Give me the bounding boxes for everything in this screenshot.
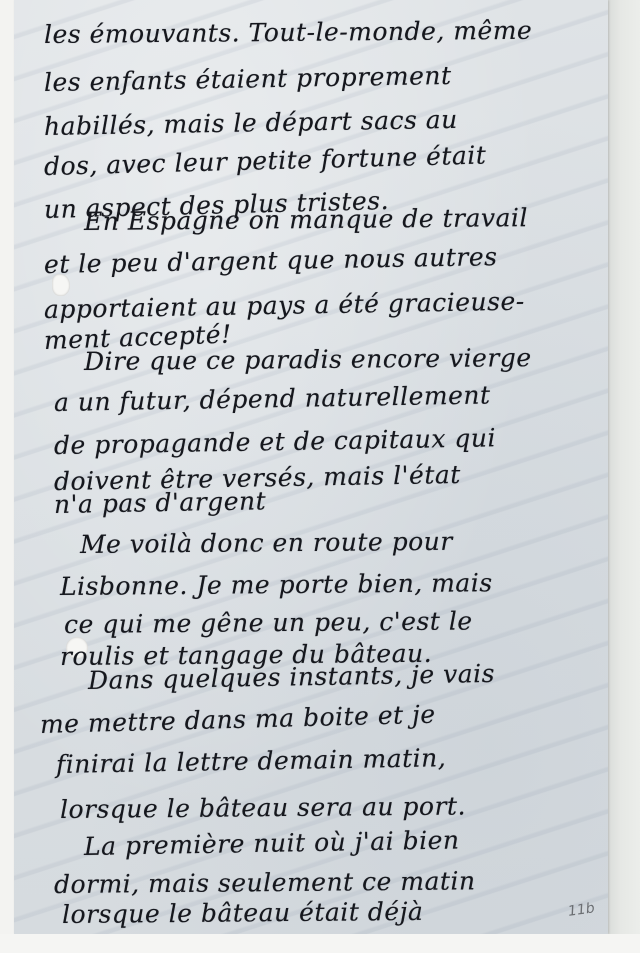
scan-bottom-margin <box>0 934 640 953</box>
text-line: dormi, mais seulement ce matin <box>54 866 476 899</box>
text-line: a un futur, dépend naturellement <box>54 380 491 417</box>
text-line: finirai la lettre demain matin, <box>56 743 447 779</box>
text-line: apportaient au pays a été gracieuse- <box>44 287 525 324</box>
text-line: Dans quelques instants, je vais <box>88 659 495 695</box>
text-line: habillés, mais le départ sacs au <box>44 105 458 141</box>
text-line: La première nuit où j'ai bien <box>84 825 460 861</box>
text-line: et le peu d'argent que nous autres <box>44 242 498 279</box>
text-line: me mettre dans ma boite et je <box>40 700 436 739</box>
text-line: les émouvants. Tout-le-monde, même <box>44 16 533 49</box>
text-line: de propagande et de capitaux qui <box>54 423 497 460</box>
text-line: dos, avec leur petite fortune était <box>44 140 487 181</box>
text-line: Dire que ce paradis encore vierge <box>84 343 532 376</box>
text-line: n'a pas d'argent <box>54 486 267 519</box>
text-line: Lisbonne. Je me porte bien, mais <box>60 568 493 601</box>
text-line: ce qui me gêne un peu, c'est le <box>64 606 473 639</box>
text-line: lorsque le bâteau était déjà <box>62 897 424 929</box>
letter-page: les émouvants. Tout-le-monde, même les e… <box>14 0 608 934</box>
text-line: les enfants étaient proprement <box>44 61 452 97</box>
text-line: Me voilà donc en route pour <box>80 527 453 559</box>
text-line: En Espagne on manque de travail <box>84 203 528 236</box>
adjacent-page-edge <box>606 0 640 935</box>
text-line: lorsque le bâteau sera au port. <box>60 791 466 824</box>
